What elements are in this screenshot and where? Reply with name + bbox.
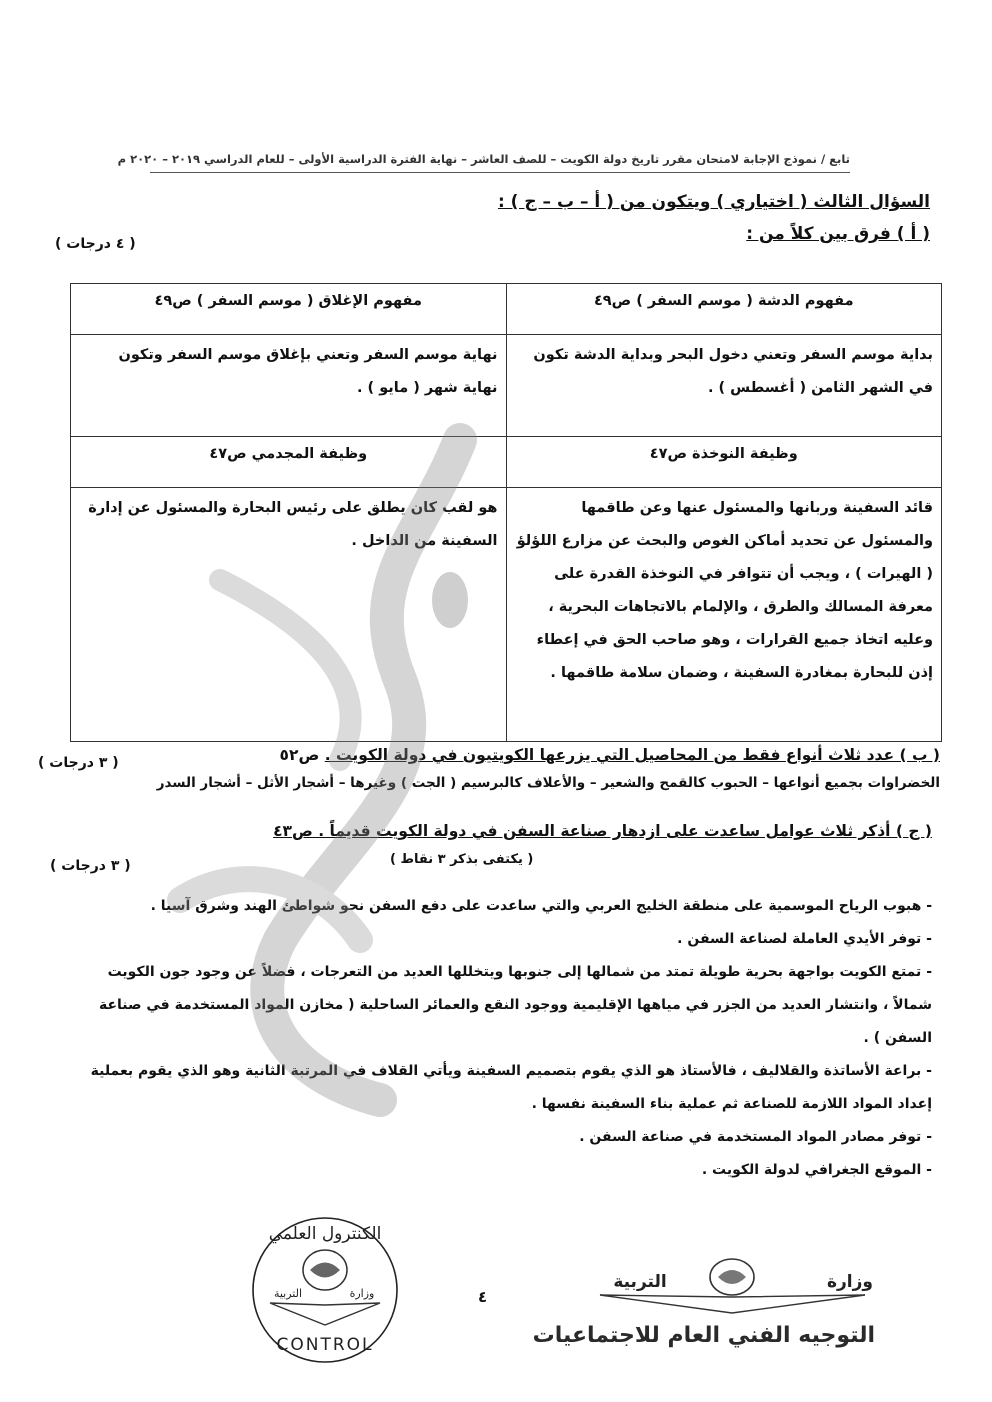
svg-text:الكنترول العلمي: الكنترول العلمي	[269, 1224, 382, 1244]
table-cell: قائد السفينة وربانها والمسئول عنها وعن ط…	[506, 488, 942, 742]
svg-text:CONTROL: CONTROL	[276, 1335, 373, 1355]
document-header: تابع / نموذج الإجابة لامتحان مقرر تاريخ …	[150, 148, 850, 173]
table-header-cell: مفهوم الإغلاق ( موسم السفر ) ص٤٩	[71, 284, 507, 335]
table-header-cell: مفهوم الدشة ( موسم السفر ) ص٤٩	[506, 284, 942, 335]
list-item: - الموقع الجغرافي لدولة الكويت .	[72, 1154, 932, 1187]
part-c-note: ( يكتفى بذكر ٣ نقاط )	[390, 852, 533, 867]
part-b-label: ( ب ) عدد ثلاث أنواع فقط من المحاصيل الت…	[325, 746, 940, 764]
part-a-marks: ( ٤ درجات )	[55, 236, 136, 252]
table-cell: نهاية موسم السفر وتعني بإغلاق موسم السفر…	[71, 335, 507, 437]
svg-text:التربية: التربية	[274, 1287, 302, 1300]
page-number: ٤	[478, 1288, 487, 1306]
list-item: - توفر الأيدي العاملة لصناعة السفن .	[72, 923, 932, 956]
comparison-table: مفهوم الدشة ( موسم السفر ) ص٤٩ مفهوم الإ…	[70, 283, 942, 742]
part-c-question: ( ج ) أذكر ثلاث عوامل ساعدت على ازدهار ص…	[273, 822, 932, 840]
table-row: قائد السفينة وربانها والمسئول عنها وعن ط…	[71, 488, 942, 742]
table-cell: بداية موسم السفر وتعني دخول البحر وبداية…	[506, 335, 942, 437]
part-b-answer: الخضراوات بجميع أنواعها – الحبوب كالقمح …	[157, 775, 940, 791]
list-item: - براعة الأساتذة والقلاليف ، فالأستاذ هو…	[72, 1055, 932, 1121]
part-b-question: ( ب ) عدد ثلاث أنواع فقط من المحاصيل الت…	[280, 746, 940, 764]
list-item: - تمتع الكويت بواجهة بحرية طويلة تمتد من…	[72, 956, 932, 1055]
svg-text:وزارة: وزارة	[350, 1287, 375, 1300]
control-stamp-icon: الكنترول العلمي التربية وزارة CONTROL	[240, 1215, 410, 1365]
svg-text:وزارة: وزارة	[827, 1272, 873, 1292]
ministry-logo: وزارة التربية التوجيه الفني العام للاجتم…	[580, 1255, 880, 1365]
table-row: وظيفة النوخذة ص٤٧ وظيفة المجدمي ص٤٧	[71, 437, 942, 488]
question-title: السؤال الثالث ( اختياري ) ويتكون من ( أ …	[498, 192, 930, 212]
part-b-marks: ( ٣ درجات )	[38, 755, 119, 771]
table-header-cell: وظيفة المجدمي ص٤٧	[71, 437, 507, 488]
part-c-answer-list: - هبوب الرياح الموسمية على منطقة الخليج …	[72, 890, 932, 1187]
table-cell: هو لقب كان يطلق على رئيس البحارة والمسئو…	[71, 488, 507, 742]
table-row: بداية موسم السفر وتعني دخول البحر وبداية…	[71, 335, 942, 437]
part-b-page-ref: ص٥٢	[280, 746, 320, 764]
table-header-cell: وظيفة النوخذة ص٤٧	[506, 437, 942, 488]
list-item: - توفر مصادر المواد المستخدمة في صناعة ا…	[72, 1121, 932, 1154]
department-name: التوجيه الفني العام للاجتماعيات	[533, 1323, 875, 1348]
part-a-label: ( أ ) فرق بين كلاً من :	[746, 224, 930, 244]
kuwait-emblem-icon: وزارة التربية	[580, 1255, 880, 1315]
list-item: - هبوب الرياح الموسمية على منطقة الخليج …	[72, 890, 932, 923]
table-row: مفهوم الدشة ( موسم السفر ) ص٤٩ مفهوم الإ…	[71, 284, 942, 335]
part-c-marks: ( ٣ درجات )	[50, 858, 131, 874]
svg-text:التربية: التربية	[613, 1272, 666, 1292]
